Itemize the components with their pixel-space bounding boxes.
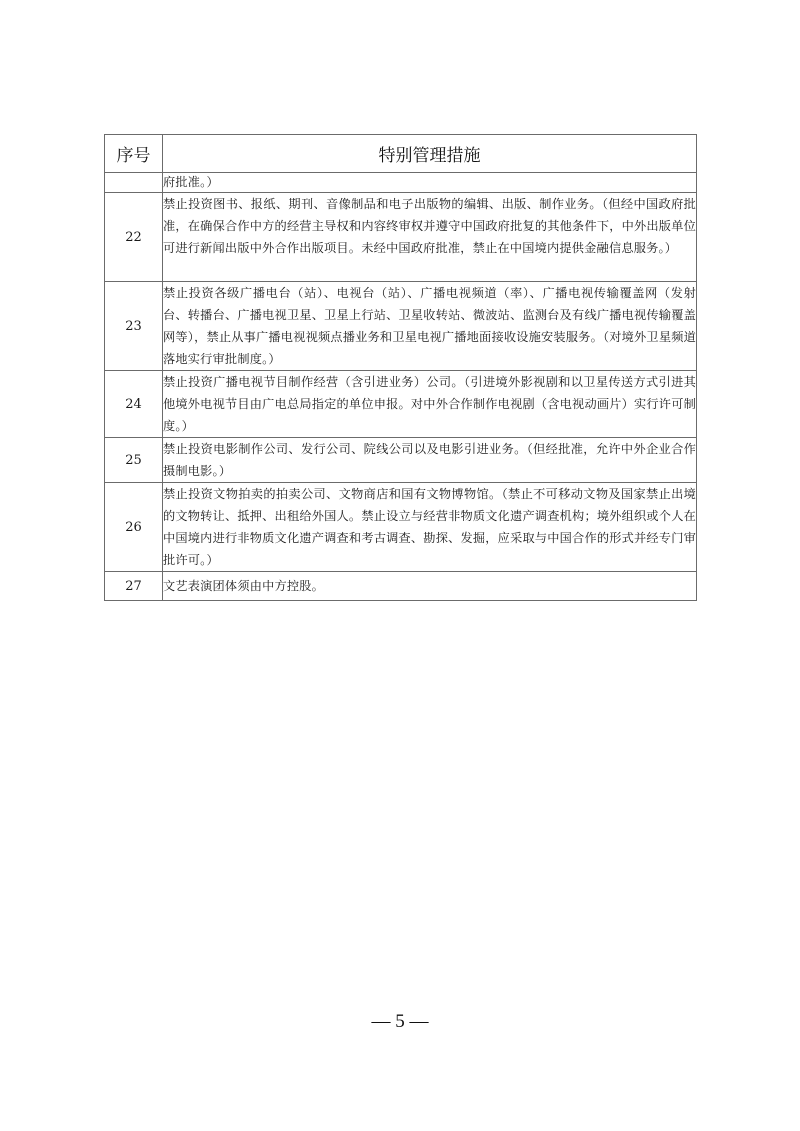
header-number: 序号 <box>105 135 163 173</box>
row-number: 27 <box>105 572 163 601</box>
table-row: 25 禁止投资电影制作公司、发行公司、院线公司以及电影引进业务。（但经批准，允许… <box>105 438 697 483</box>
row-number: 26 <box>105 483 163 572</box>
document-page: 序号 特别管理措施 府批准。） 22 禁止投资图书、报纸、期刊、音像制品和电子出… <box>0 0 800 1131</box>
row-text: 禁止投资图书、报纸、期刊、音像制品和电子出版物的编辑、出版、制作业务。（但经中国… <box>163 193 697 282</box>
table-row: 22 禁止投资图书、报纸、期刊、音像制品和电子出版物的编辑、出版、制作业务。（但… <box>105 193 697 282</box>
table-row: 27 文艺表演团体须由中方控股。 <box>105 572 697 601</box>
row-number: 22 <box>105 193 163 282</box>
row-number <box>105 173 163 193</box>
row-number: 25 <box>105 438 163 483</box>
row-text: 禁止投资各级广播电台（站）、电视台（站）、广播电视频道（率）、广播电视传输覆盖网… <box>163 282 697 371</box>
special-measures-table: 序号 特别管理措施 府批准。） 22 禁止投资图书、报纸、期刊、音像制品和电子出… <box>104 134 697 601</box>
row-text: 禁止投资广播电视节目制作经营（含引进业务）公司。（引进境外影视剧和以卫星传送方式… <box>163 371 697 438</box>
page-number: — 5 — <box>0 1011 800 1033</box>
table-row: 23 禁止投资各级广播电台（站）、电视台（站）、广播电视频道（率）、广播电视传输… <box>105 282 697 371</box>
table-row: 24 禁止投资广播电视节目制作经营（含引进业务）公司。（引进境外影视剧和以卫星传… <box>105 371 697 438</box>
row-number: 23 <box>105 282 163 371</box>
row-text: 禁止投资电影制作公司、发行公司、院线公司以及电影引进业务。（但经批准，允许中外企… <box>163 438 697 483</box>
row-text: 禁止投资文物拍卖的拍卖公司、文物商店和国有文物博物馆。（禁止不可移动文物及国家禁… <box>163 483 697 572</box>
header-measure: 特别管理措施 <box>163 135 697 173</box>
row-number: 24 <box>105 371 163 438</box>
row-text: 文艺表演团体须由中方控股。 <box>163 572 697 601</box>
table-row-continuation: 府批准。） <box>105 173 697 193</box>
row-text: 府批准。） <box>163 173 697 193</box>
table-row: 26 禁止投资文物拍卖的拍卖公司、文物商店和国有文物博物馆。（禁止不可移动文物及… <box>105 483 697 572</box>
table-header-row: 序号 特别管理措施 <box>105 135 697 173</box>
